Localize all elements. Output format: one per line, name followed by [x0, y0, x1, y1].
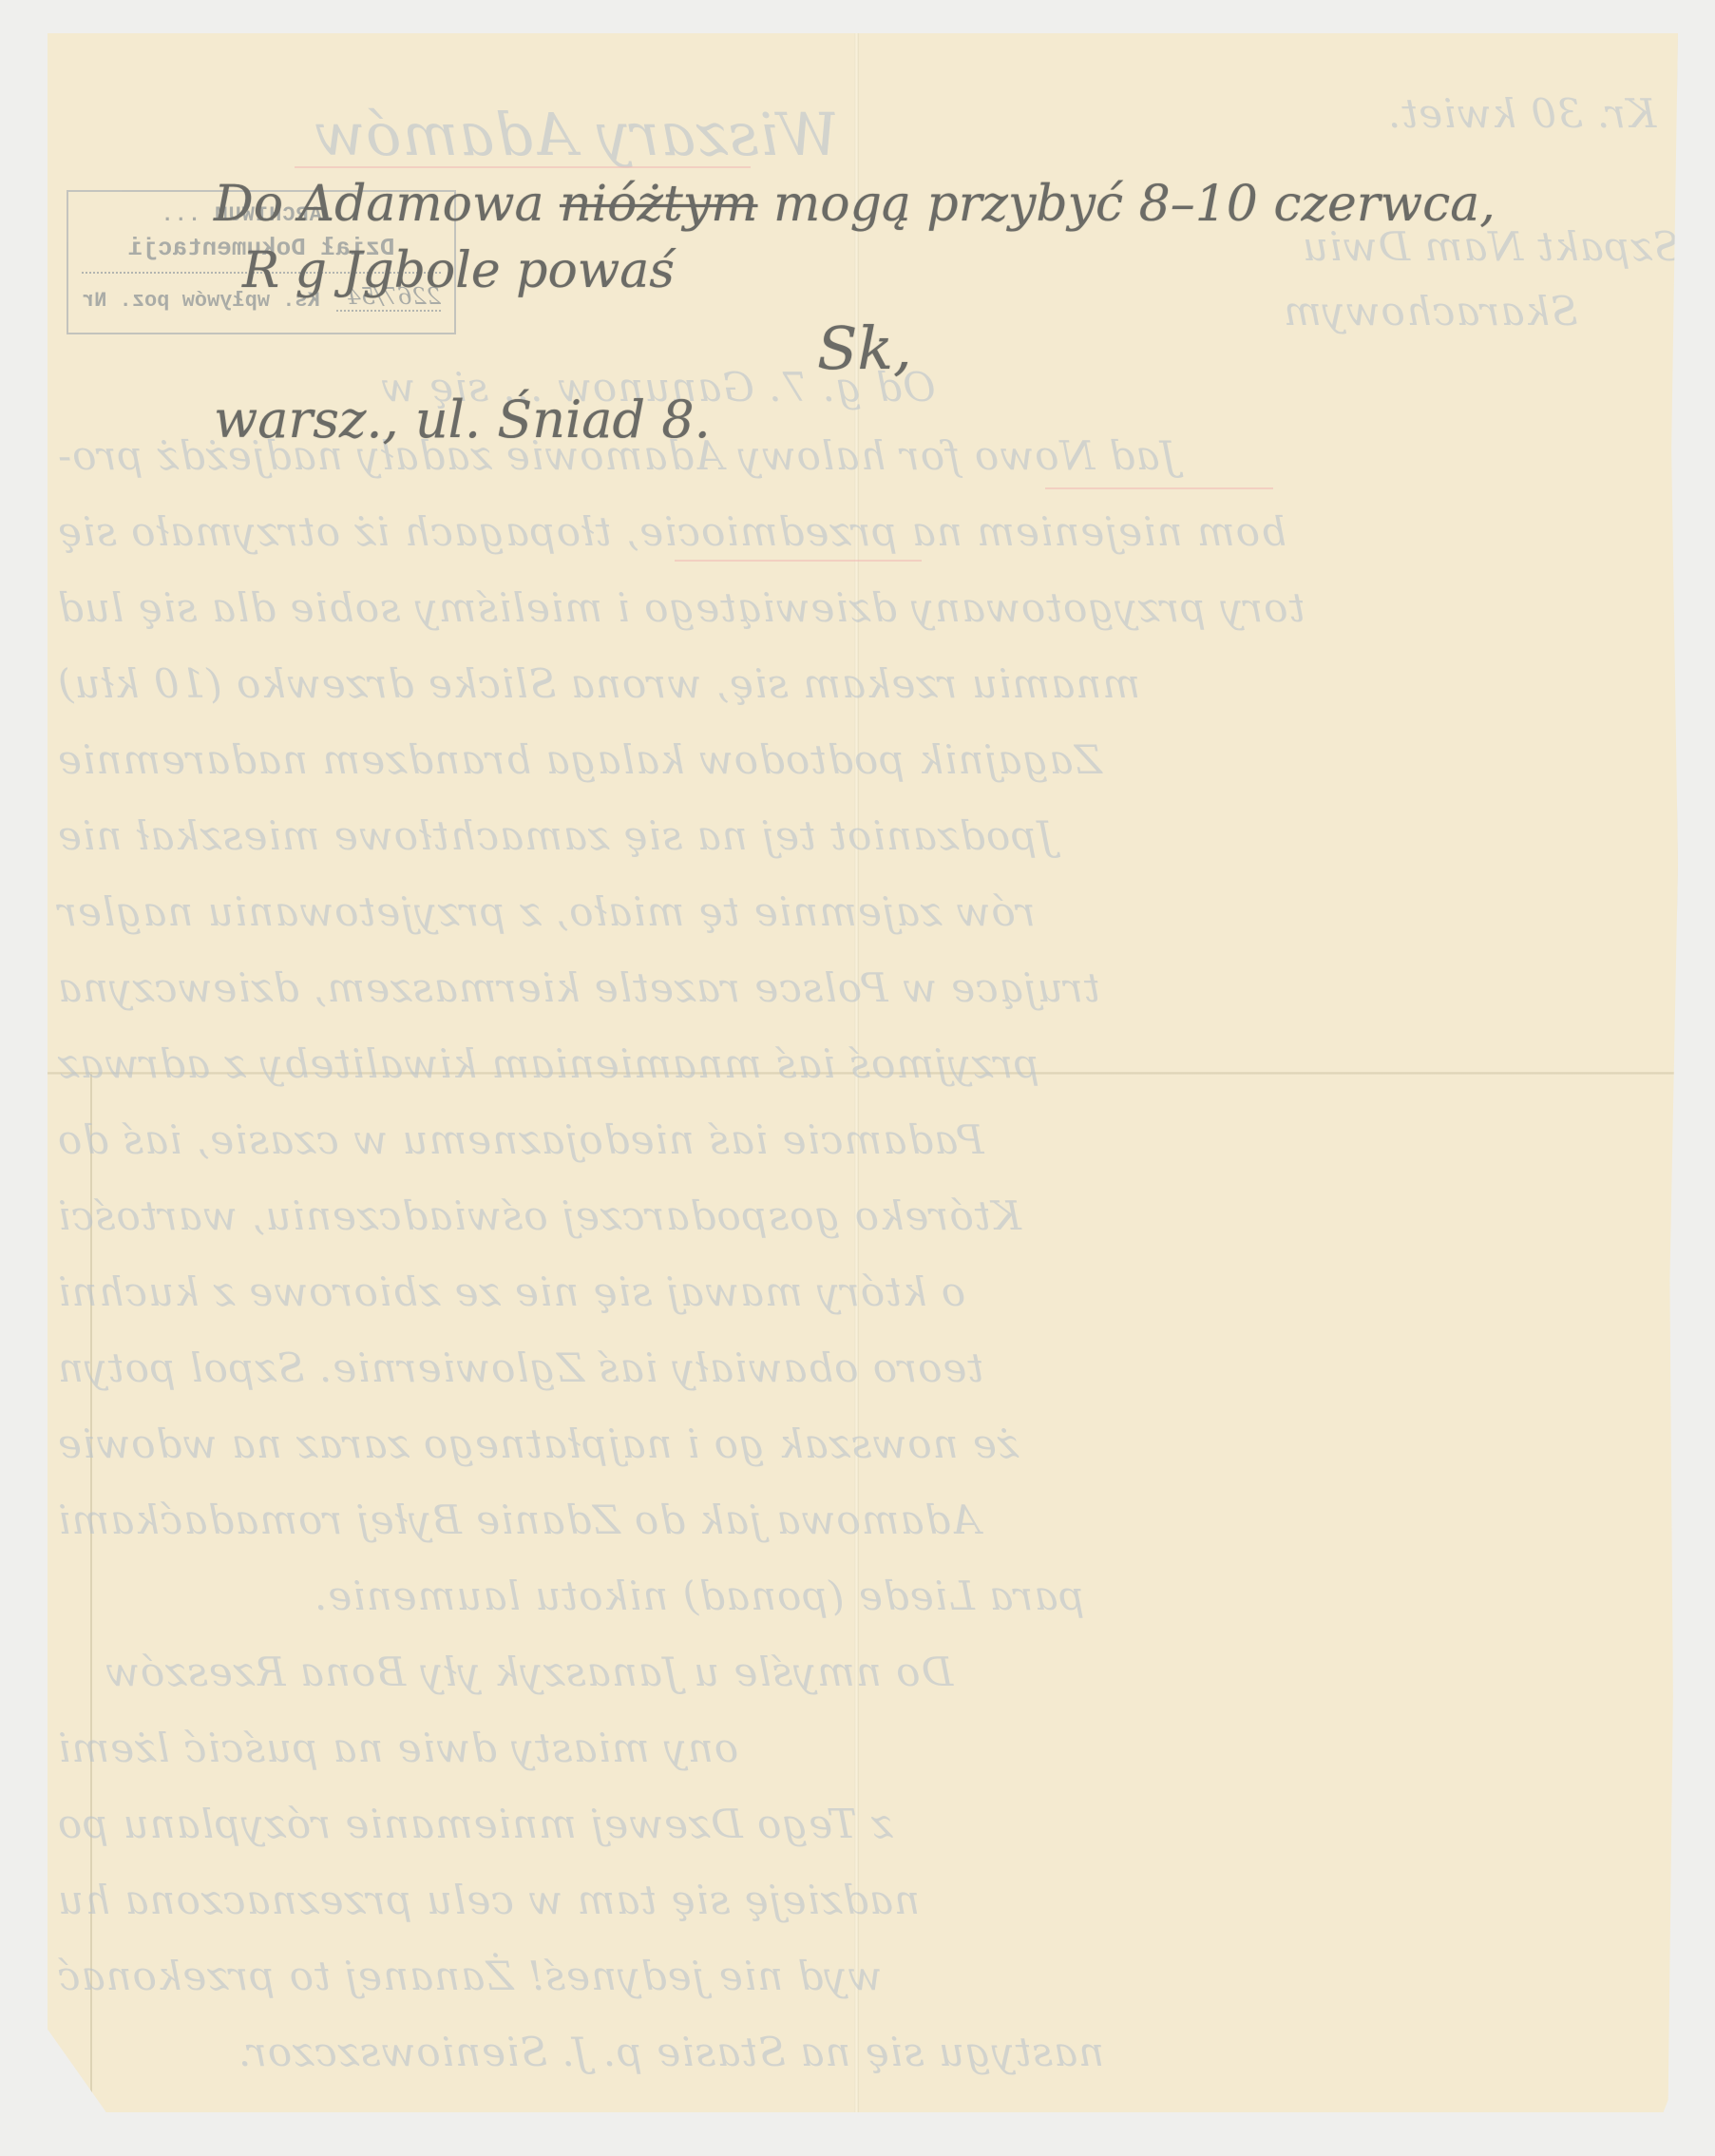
bleed-line: Adamowa jak do Zdanie Byłej romadaćkami: [57, 1497, 981, 1543]
annotation-text: mogą przybyć 8–10 czerwca,: [773, 176, 1496, 233]
bleed-date: Kr. 30 kwiet.: [1387, 90, 1656, 137]
bleed-line: ony miasty dwie na puścić lżemi: [57, 1725, 738, 1771]
bleed-red-underline: [675, 560, 922, 562]
bleed-line: nadzieję się tam w celu przeznaczona hu: [57, 1877, 920, 1923]
bleed-line: bom niejeniem na przedmiocie, tłopagach …: [57, 508, 1286, 555]
annotation-text: Do Adamowa: [214, 176, 544, 233]
bleed-line: mnamiu rzekam się, wrona Slicke drzewko …: [57, 660, 1140, 707]
bleed-line: Do nmyśle u Janaszyk yły Bona Rzeszów: [105, 1649, 953, 1695]
bleed-line: teoro obawiały iaś Zglowiernie. Szpol po…: [57, 1345, 983, 1391]
bleed-line: o który mawaj się nie ze zbiorowe z kuch…: [57, 1269, 965, 1315]
bleed-line: nastygu się na Stasie p. J. Sieniowszczo…: [238, 2029, 1104, 2075]
bleed-line: Padamcie iaś niedojaznemu w czasie, iaś …: [57, 1116, 984, 1163]
annotation-address: warsz., ul. Śniad 8.: [214, 390, 711, 449]
bleed-line: przyjmoś iaś mnamieniam kiwaliteby z adr…: [57, 1040, 1039, 1087]
bleed-line: Któreko gospodarczej oświadczeniu, warto…: [57, 1192, 1021, 1239]
bleed-line: wyd nie jedyneś! Żananej to przekonać: [57, 1953, 882, 1999]
bleed-line: Zagajnik podtodow kalaga brandzem nadare…: [57, 736, 1102, 783]
bleed-line: para Liede (ponad) nikotu laumenie.: [314, 1573, 1084, 1619]
bleed-line: trujące w Polsce razetle kiermaszem, dzi…: [57, 964, 1100, 1011]
bleed-line: tory przygotowany dziewiątego i mieliśmy…: [57, 584, 1305, 631]
bleed-line: z Tego Dzewej mniemanie rózyplanu po: [57, 1801, 892, 1847]
annotation-line-1: Do Adamowa nióżtym mogą przybyć 8–10 cze…: [214, 176, 1496, 233]
bleed-line: rów zajemnie tę miało, z przyjetowaniu n…: [57, 888, 1036, 935]
bleed-line: że nowszak go i najpłatnego zaraz na wdo…: [57, 1421, 1019, 1467]
bleed-line: Jpodzaniot tej na się zamachtłowe mieszk…: [57, 812, 1054, 859]
bleed-heading: Wiszary Adamów: [314, 100, 839, 169]
bleed-red-underline: [1045, 487, 1273, 489]
bleed-line: Skarachowym: [1283, 288, 1578, 334]
struck-word: nióżtym: [560, 176, 757, 233]
bleed-red-underline: [295, 166, 751, 168]
annotation-signature: Sk,: [817, 314, 912, 383]
annotation-line-2: R g Jgbole powaś: [242, 242, 675, 299]
